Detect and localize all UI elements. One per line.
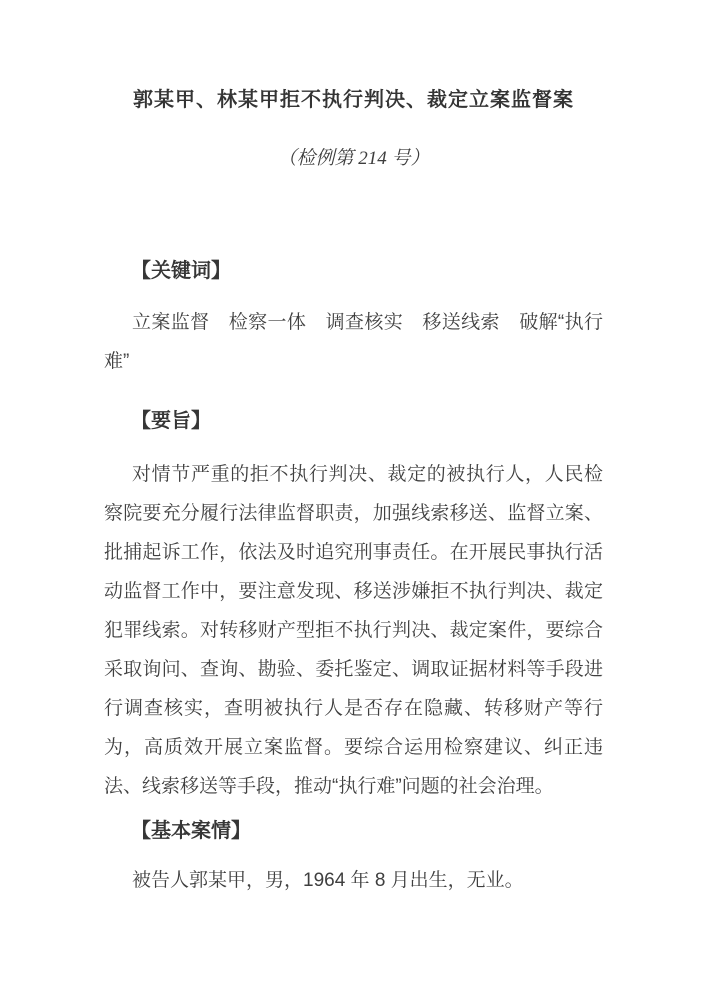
keywords-paragraph: 立案监督 检察一体 调查核实 移送线索 破解“执行难” [104, 303, 603, 381]
case-number: （检例第 214 号） [0, 146, 707, 172]
section-heading-gist: 【要旨】 [131, 408, 611, 434]
section-heading-basic-facts: 【基本案情】 [131, 818, 611, 844]
basic-facts-paragraph: 被告人郭某甲，男，1964 年 8 月出生，无业。 [104, 861, 603, 900]
gist-paragraph: 对情节严重的拒不执行判决、裁定的被执行人，人民检察院要充分履行法律监督职责，加强… [104, 455, 603, 806]
document-title: 郭某甲、林某甲拒不执行判决、裁定立案监督案 [0, 86, 707, 114]
section-heading-keywords: 【关键词】 [131, 258, 611, 284]
document-page: 郭某甲、林某甲拒不执行判决、裁定立案监督案 （检例第 214 号） 【关键词】 … [0, 0, 707, 999]
